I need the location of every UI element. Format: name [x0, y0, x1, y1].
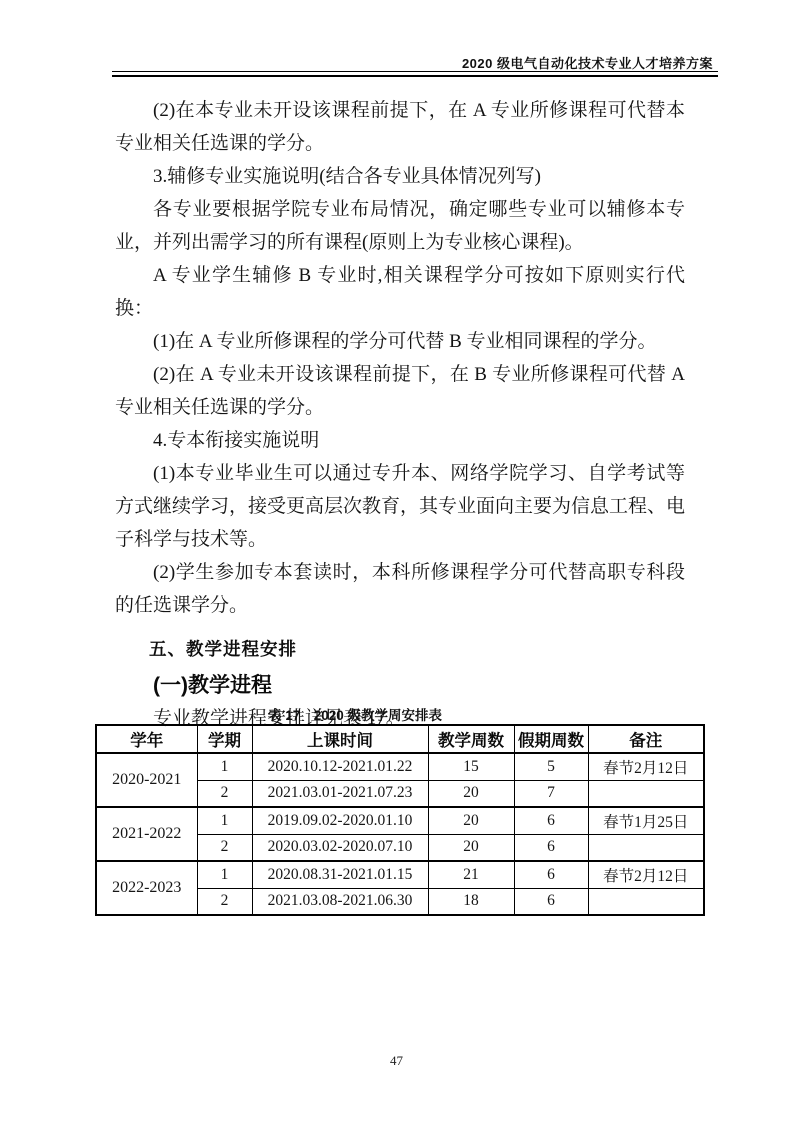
dates-cell: 2020.03.02-2020.07.10 [252, 834, 428, 861]
subsection-heading: (一)教学进程 [115, 668, 685, 704]
teaching-weeks-cell: 18 [428, 888, 514, 915]
page-number: 47 [0, 1053, 793, 1069]
column-header-holiday-weeks: 假期周数 [514, 725, 588, 753]
remarks-cell [588, 834, 704, 861]
body-paragraph: (1)本专业毕业生可以通过专升本、网络学院学习、自学考试等方式继续学习，接受更高… [115, 457, 685, 556]
semester-cell: 2 [197, 888, 252, 915]
semester-cell: 1 [197, 753, 252, 780]
dates-cell: 2020.10.12-2021.01.22 [252, 753, 428, 780]
dates-cell: 2019.09.02-2020.01.10 [252, 807, 428, 834]
remarks-cell [588, 888, 704, 915]
semester-cell: 1 [197, 861, 252, 888]
holiday-weeks-cell: 6 [514, 888, 588, 915]
dates-cell: 2021.03.08-2021.06.30 [252, 888, 428, 915]
teaching-weeks-cell: 15 [428, 753, 514, 780]
body-paragraph: (2)在 A 专业未开设该课程前提下，在 B 专业所修课程可代替 A 专业相关任… [115, 358, 685, 424]
remarks-cell [588, 780, 704, 807]
column-header-teaching-weeks: 教学周数 [428, 725, 514, 753]
remarks-cell: 春节2月12日 [588, 861, 704, 888]
document-page: 2020 级电气自动化技术专业人才培养方案 (2)在本专业未开设该课程前提下，在… [0, 0, 793, 1122]
body-paragraph: 4.专本衔接实施说明 [115, 424, 685, 457]
table-header-row: 学年 学期 上课时间 教学周数 假期周数 备注 [96, 725, 704, 753]
dates-cell: 2020.08.31-2021.01.15 [252, 861, 428, 888]
semester-cell: 2 [197, 834, 252, 861]
body-paragraph: (2)在本专业未开设该课程前提下，在 A 专业所修课程可代替本专业相关任选课的学… [115, 94, 685, 160]
teaching-week-schedule-table: 学年 学期 上课时间 教学周数 假期周数 备注 2020-2021 1 2020… [95, 724, 705, 916]
year-cell: 2021-2022 [96, 807, 197, 861]
teaching-weeks-cell: 21 [428, 861, 514, 888]
teaching-weeks-cell: 20 [428, 834, 514, 861]
body-paragraph: (2)学生参加专本套读时，本科所修课程学分可代替高职专科段的任选课学分。 [115, 556, 685, 622]
holiday-weeks-cell: 7 [514, 780, 588, 807]
holiday-weeks-cell: 6 [514, 861, 588, 888]
holiday-weeks-cell: 5 [514, 753, 588, 780]
holiday-weeks-cell: 6 [514, 834, 588, 861]
running-header-title: 2020 级电气自动化技术专业人才培养方案 [462, 53, 713, 72]
semester-cell: 2 [197, 780, 252, 807]
header-double-rule [112, 71, 718, 77]
holiday-weeks-cell: 6 [514, 807, 588, 834]
column-header-class-dates: 上课时间 [252, 725, 428, 753]
dates-cell: 2021.03.01-2021.07.23 [252, 780, 428, 807]
section-heading: 五、教学进程安排 [115, 630, 685, 668]
body-paragraph: 各专业要根据学院专业布局情况，确定哪些专业可以辅修本专业，并列出需学习的所有课程… [115, 193, 685, 259]
body-text-column: (2)在本专业未开设该课程前提下，在 A 专业所修课程可代替本专业相关任选课的学… [115, 94, 685, 734]
remarks-cell: 春节2月12日 [588, 753, 704, 780]
body-paragraph: (1)在 A 专业所修课程的学分可代替 B 专业相同课程的学分。 [115, 325, 685, 358]
column-header-year: 学年 [96, 725, 197, 753]
table-row: 2021-2022 1 2019.09.02-2020.01.10 20 6 春… [96, 807, 704, 834]
table-row: 2020-2021 1 2020.10.12-2021.01.22 15 5 春… [96, 753, 704, 780]
body-paragraph: 3.辅修专业实施说明(结合各专业具体情况列写) [115, 160, 685, 193]
table-row: 2022-2023 1 2020.08.31-2021.01.15 21 6 春… [96, 861, 704, 888]
year-cell: 2020-2021 [96, 753, 197, 807]
column-header-remarks: 备注 [588, 725, 704, 753]
remarks-cell: 春节1月25日 [588, 807, 704, 834]
table-caption: 表 17 2020 级教学周安排表 [95, 704, 615, 724]
teaching-weeks-cell: 20 [428, 780, 514, 807]
semester-cell: 1 [197, 807, 252, 834]
year-cell: 2022-2023 [96, 861, 197, 915]
column-header-semester: 学期 [197, 725, 252, 753]
body-paragraph: A 专业学生辅修 B 专业时,相关课程学分可按如下原则实行代换： [115, 259, 685, 325]
teaching-weeks-cell: 20 [428, 807, 514, 834]
